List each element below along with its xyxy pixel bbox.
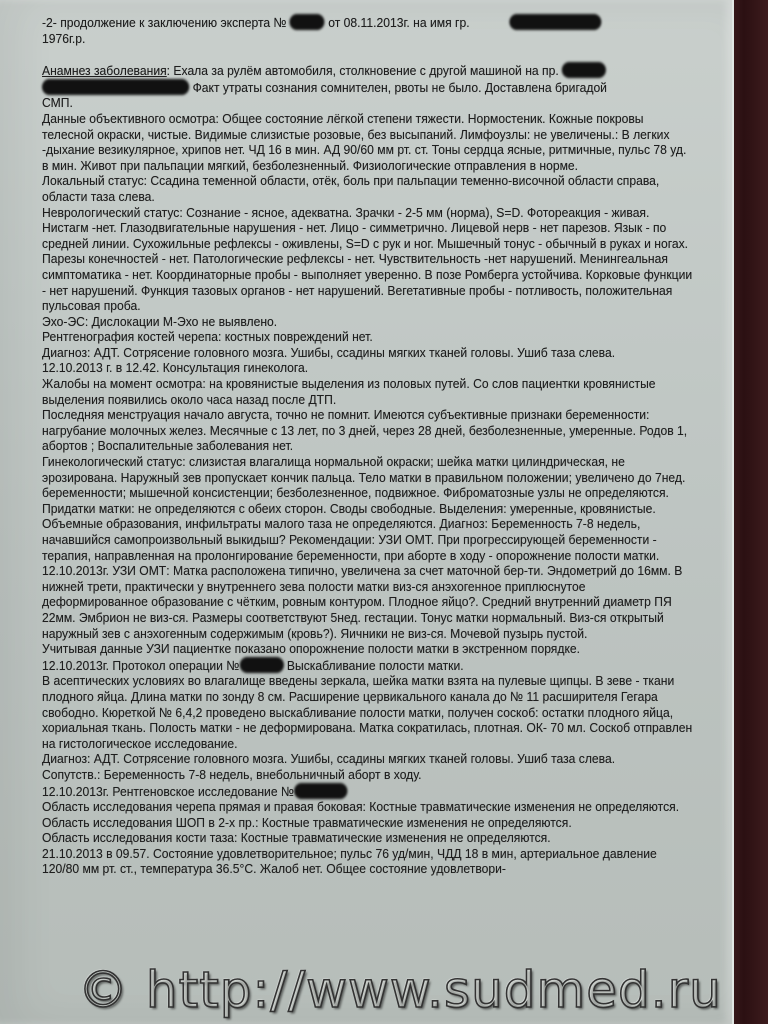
document-text: -2- продолжение к заключению эксперта № … bbox=[42, 14, 693, 877]
watermark: © http://www.sudmed.ru bbox=[78, 960, 722, 1020]
anamnesis-text-3: СМП. bbox=[42, 95, 73, 110]
paragraph-complaints: Жалобы на момент осмотра: на кровянистые… bbox=[42, 376, 693, 407]
redacted-xray-number bbox=[294, 783, 347, 799]
paragraph-xray-skull: Область исследования черепа прямая и пра… bbox=[42, 799, 693, 815]
paragraph-ultrasound: 12.10.2013г. УЗИ ОМТ: Матка расположена … bbox=[42, 563, 693, 641]
paragraph-local-status: Локальный статус: Ссадина теменной облас… bbox=[42, 173, 693, 204]
paragraph-gyn-consult: 12.10.2013 г. в 12.42. Консультация гине… bbox=[42, 360, 693, 376]
paragraph-radiography: Рентгенография костей черепа: костных по… bbox=[42, 329, 693, 345]
paragraph-diagnosis-2: Диагноз: АДТ. Сотрясение головного мозга… bbox=[42, 751, 693, 767]
spacer bbox=[42, 46, 693, 62]
redacted-place-1 bbox=[562, 62, 606, 78]
document-page: -2- продолжение к заключению эксперта № … bbox=[0, 0, 734, 1024]
paragraph-neuro-status: Неврологический статус: Сознание - ясное… bbox=[42, 205, 693, 314]
paragraph-gyn-status: Гинекологический статус: слизистая влага… bbox=[42, 454, 693, 563]
paragraph-xray-title: 12.10.2013г. Рентгеновское исследование … bbox=[42, 783, 693, 800]
paragraph-operation-text: В асептических условиях во влагалище вве… bbox=[42, 673, 693, 751]
redacted-person-name bbox=[510, 14, 602, 30]
redacted-place-2 bbox=[42, 79, 189, 95]
paragraph-xray-spine: Область исследования ШОП в 2-х пр.: Кост… bbox=[42, 815, 693, 831]
anamnesis-paragraph: Анамнез заболевания: Ехала за рулём авто… bbox=[42, 62, 693, 111]
anamnesis-text-2: Факт утраты сознания сомнителен, рвоты н… bbox=[189, 80, 607, 95]
header-prefix: -2- продолжение к заключению эксперта № bbox=[42, 15, 287, 30]
paragraph-concomitant: Сопутств.: Беременность 7-8 недель, внеб… bbox=[42, 767, 693, 783]
operation-prefix: 12.10.2013г. Протокол операции № bbox=[42, 658, 239, 673]
desk-background bbox=[728, 0, 768, 1024]
paragraph-exam: Данные объективного осмотра: Общее состо… bbox=[42, 111, 693, 173]
paragraph-indication: Учитывая данные УЗИ пациентке показано о… bbox=[42, 641, 693, 657]
operation-suffix: Выскабливание полости матки. bbox=[284, 658, 464, 673]
paragraph-operation-title: 12.10.2013г. Протокол операции № Выскабл… bbox=[42, 657, 693, 674]
header-date: от 08.11.2013г. на имя гр. bbox=[328, 15, 469, 30]
redacted-operation-number bbox=[239, 657, 283, 673]
paragraph-diagnosis: Диагноз: АДТ. Сотрясение головного мозга… bbox=[42, 345, 693, 361]
paragraph-xray-pelvis: Область исследования кости таза: Костные… bbox=[42, 830, 693, 846]
redacted-expert-number bbox=[290, 14, 325, 30]
anamnesis-text-1: : Ехала за рулём автомобиля, столкновени… bbox=[167, 63, 559, 78]
xray-prefix: 12.10.2013г. Рентгеновское исследование … bbox=[42, 784, 294, 799]
anamnesis-label: Анамнез заболевания bbox=[42, 63, 167, 78]
paragraph-followup: 21.10.2013 в 09.57. Состояние удовлетвор… bbox=[42, 846, 693, 877]
paragraph-history: Последняя менструация начало августа, то… bbox=[42, 407, 693, 454]
header-line-2: 1976г.р. bbox=[42, 31, 693, 47]
header-line-1: -2- продолжение к заключению эксперта № … bbox=[42, 14, 693, 31]
paragraph-echo: Эхо-ЭС: Дислокации М-Эхо не выявлено. bbox=[42, 314, 693, 330]
